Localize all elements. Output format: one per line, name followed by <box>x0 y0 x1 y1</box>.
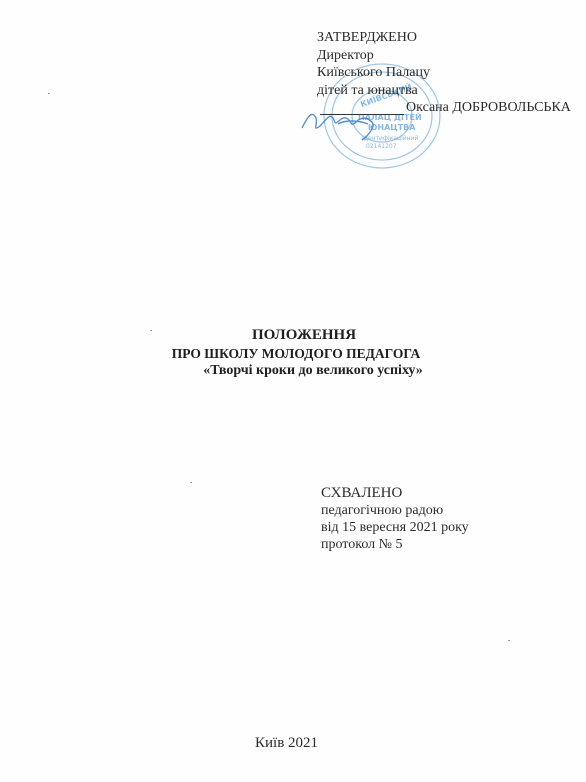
council-approval-protocol: протокол № 5 <box>321 536 469 553</box>
approval-heading: ЗАТВЕРДЖЕНО <box>317 29 571 47</box>
scan-speck <box>150 330 152 331</box>
approval-block: ЗАТВЕРДЖЕНО Директор Київського Палацу д… <box>317 29 571 117</box>
svg-text:02141207: 02141207 <box>366 143 397 150</box>
document-title-block: ПОЛОЖЕННЯ ПРО ШКОЛУ МОЛОДОГО ПЕДАГОГА «Т… <box>0 326 586 379</box>
scan-speck <box>508 640 510 641</box>
approval-organization-line2: дітей та юнацтва <box>317 82 571 100</box>
document-subtitle: ПРО ШКОЛУ МОЛОДОГО ПЕДАГОГА <box>0 345 586 362</box>
document-program-name: «Творчі кроки до великого успіху» <box>0 362 586 379</box>
approval-signer: Оксана ДОБРОВОЛЬСЬКА <box>317 99 571 117</box>
scan-speck <box>48 93 50 94</box>
document-title: ПОЛОЖЕННЯ <box>0 326 586 345</box>
council-approval-date: від 15 вересня 2021 року <box>321 519 469 536</box>
council-approval-heading: СХВАЛЕНО <box>321 484 469 502</box>
svg-text:· · · · · · · · · · · · · · ·: · · · · · · · · · · · · · · · · · · <box>346 160 402 166</box>
approval-organization-line1: Київського Палацу <box>317 64 571 82</box>
approval-position: Директор <box>317 47 571 65</box>
document-page: КИЇВСЬКИЙ ПАЛАЦ ДІТЕЙ ЮНАЦТВА Ідентифіка… <box>0 0 586 782</box>
scan-speck <box>190 482 192 483</box>
footer-city-year: Київ 2021 <box>255 735 318 752</box>
council-approval-block: СХВАЛЕНО педагогічною радою від 15 верес… <box>321 484 469 553</box>
council-approval-body: педагогічною радою <box>321 502 469 519</box>
